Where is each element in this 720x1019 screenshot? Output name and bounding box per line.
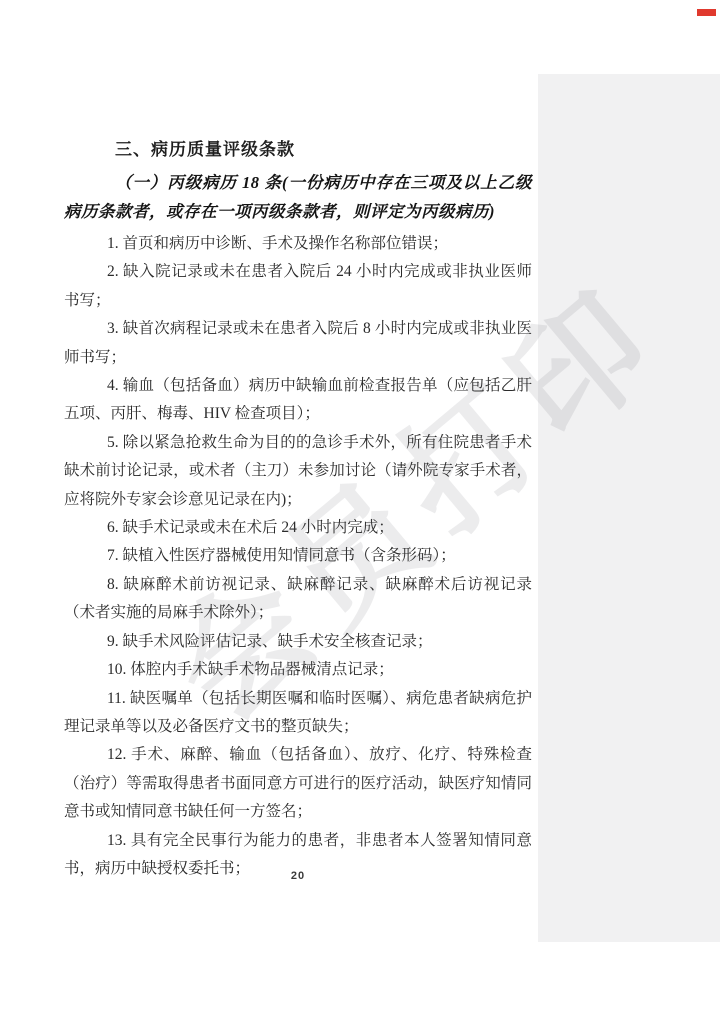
- page-content: 三、病历质量评级条款 （一）丙级病历 18 条(一份病历中存在三项及以上乙级病历…: [64, 138, 532, 883]
- list-item: 3. 缺首次病程记录或未在患者入院后 8 小时内完成或非执业医师书写；: [64, 315, 532, 372]
- list-item: 12. 手术、麻醉、输血（包括备血）、放疗、化疗、特殊检查（治疗）等需取得患者书…: [64, 741, 532, 826]
- clause-subheading: （一）丙级病历 18 条(一份病历中存在三项及以上乙级病历条款者，或存在一项丙级…: [64, 169, 532, 226]
- page-number: 20: [64, 870, 532, 882]
- section-heading: 三、病历质量评级条款: [64, 138, 532, 162]
- list-item: 10. 体腔内手术缺手术物品器械清点记录；: [64, 656, 532, 684]
- list-item: 11. 缺医嘱单（包括长期医嘱和临时医嘱）、病危患者缺病危护理记录单等以及必备医…: [64, 685, 532, 742]
- list-item: 9. 缺手术风险评估记录、缺手术安全核查记录；: [64, 628, 532, 656]
- document-page: 会员打印 三、病历质量评级条款 （一）丙级病历 18 条(一份病历中存在三项及以…: [0, 0, 720, 1019]
- red-corner-mark: [697, 9, 716, 16]
- list-item: 1. 首页和病历中诊断、手术及操作名称部位错误；: [64, 230, 532, 258]
- list-item: 8. 缺麻醉术前访视记录、缺麻醉记录、缺麻醉术后访视记录（术者实施的局麻手术除外…: [64, 571, 532, 628]
- list-item: 7. 缺植入性医疗器械使用知情同意书（含条形码）；: [64, 542, 532, 570]
- list-item: 2. 缺入院记录或未在患者入院后 24 小时内完成或非执业医师书写；: [64, 258, 532, 315]
- list-item: 4. 输血（包括备血）病历中缺输血前检查报告单（应包括乙肝五项、丙肝、梅毒、HI…: [64, 372, 532, 429]
- viewer-background-panel: [538, 74, 720, 942]
- list-item: 6. 缺手术记录或未在术后 24 小时内完成；: [64, 514, 532, 542]
- list-item: 5. 除以紧急抢救生命为目的的急诊手术外，所有住院患者手术缺术前讨论记录，或术者…: [64, 429, 532, 514]
- clause-list: 1. 首页和病历中诊断、手术及操作名称部位错误； 2. 缺入院记录或未在患者入院…: [64, 230, 532, 883]
